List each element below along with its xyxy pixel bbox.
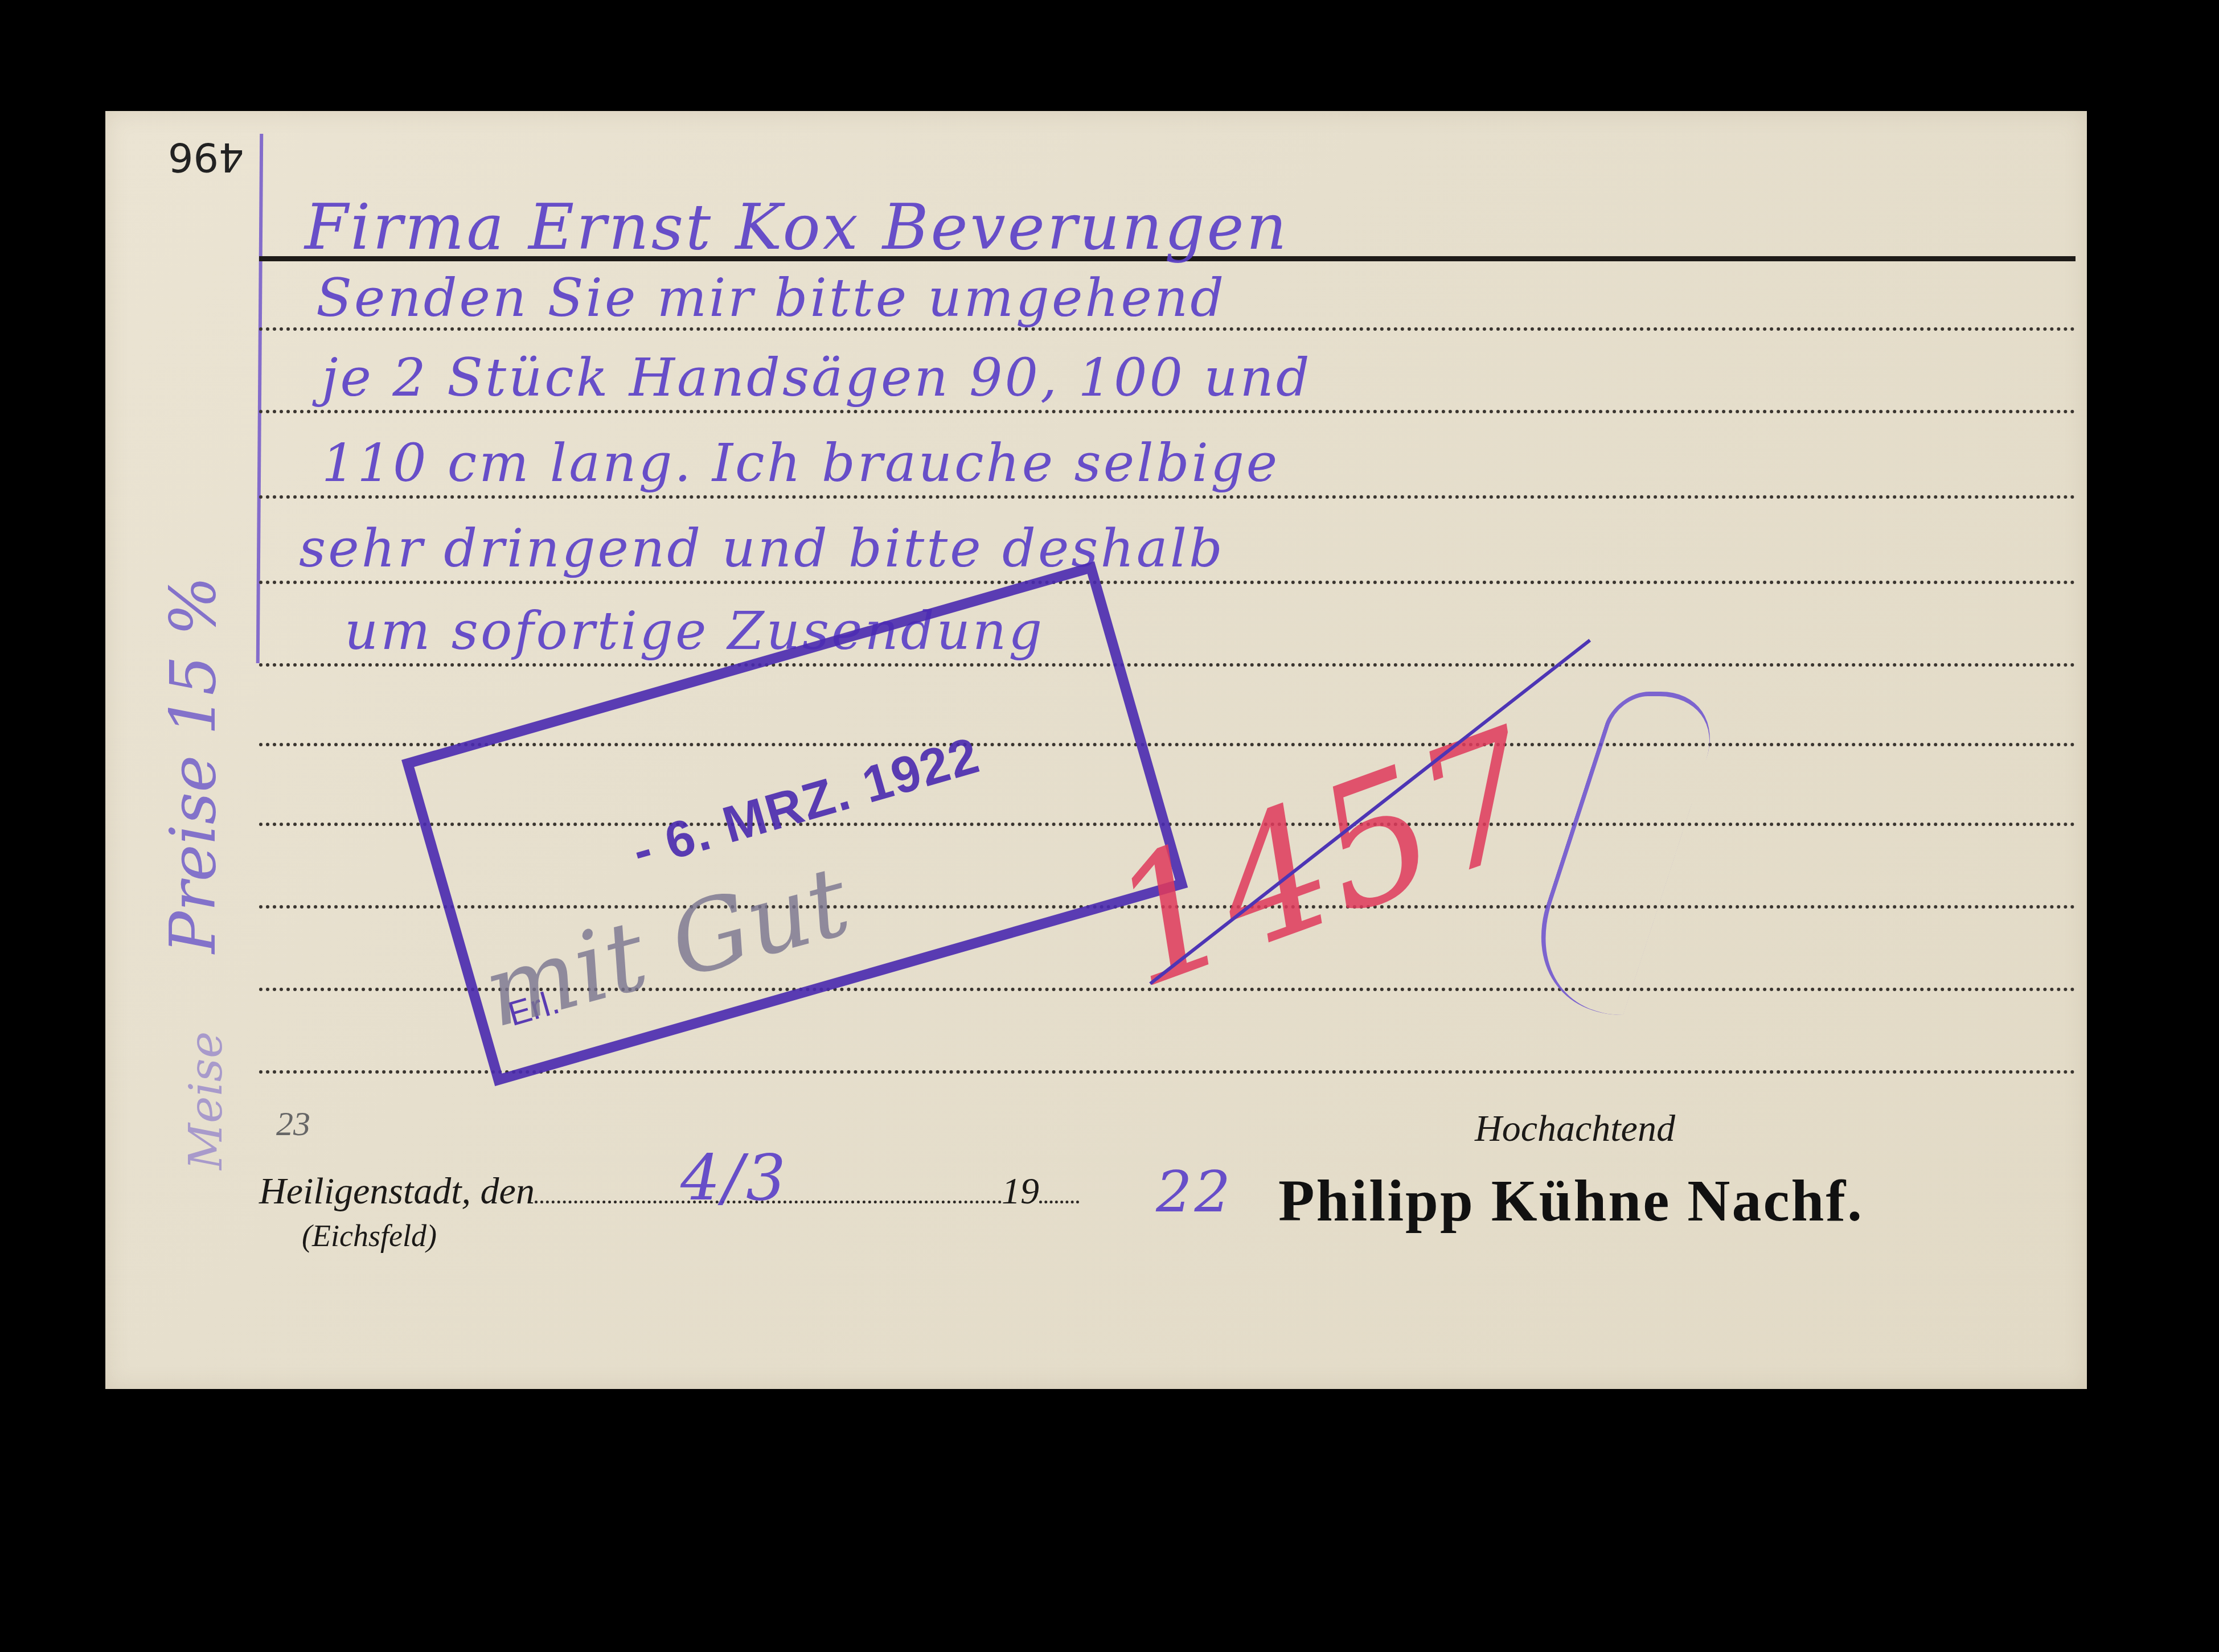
archive-number: 496 — [168, 134, 244, 180]
small-note: 23 — [276, 1104, 310, 1144]
region-label: (Eichsfeld) — [302, 1218, 437, 1254]
ruled-line — [259, 495, 2076, 499]
handwritten-line-3: je 2 Stück Handsägen 90, 100 und — [322, 347, 1312, 408]
handwritten-line-2: Senden Sie mir bitte umgehend — [316, 268, 1226, 328]
place-label: Heiligenstadt, den — [259, 1170, 535, 1212]
place-line: Heiligenstadt, den19 — [259, 1170, 1079, 1213]
handwritten-line-1: Firma Ernst Kox Beverungen — [305, 191, 1289, 264]
ruled-line — [259, 410, 2076, 413]
ruled-line — [259, 663, 2076, 667]
side-note-lower: Meise — [179, 1032, 232, 1170]
ruled-line — [259, 581, 2076, 584]
year-prefix: 19 — [1002, 1170, 1039, 1212]
handwritten-line-4: 110 cm lang. Ich brauche selbige — [322, 433, 1279, 494]
firm-name: Philipp Kühne Nachf. — [1278, 1167, 1864, 1235]
side-note-prices: Preise 15 % — [157, 576, 229, 954]
closing-text: Hochachtend — [1475, 1107, 1675, 1150]
handwritten-year: 22 — [1156, 1158, 1233, 1225]
handwritten-date: 4/3 — [680, 1141, 788, 1214]
postcard: 496 Preise 15 % Meise Firma Ernst Kox Be… — [105, 111, 2087, 1389]
